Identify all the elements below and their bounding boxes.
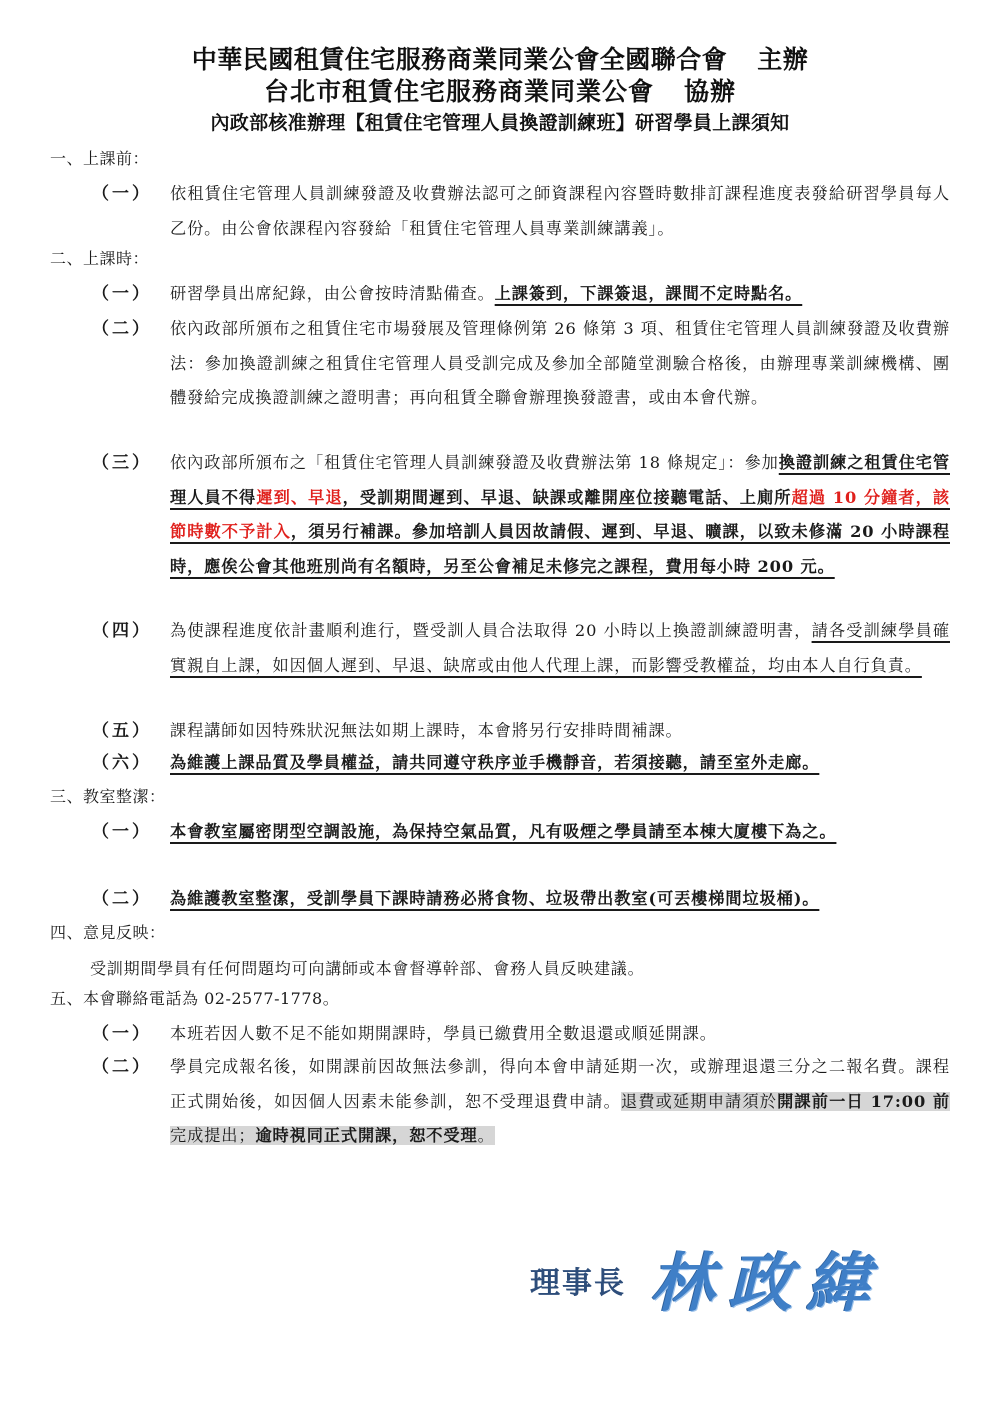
- signature-stamp: 林政緯: [650, 1232, 884, 1324]
- attendance-text: 研習學員出席紀錄，由公會按時清點備查。: [170, 284, 495, 303]
- item-text: 研習學員出席紀錄，由公會按時清點備查。上課簽到，下課簽退，課間不定時點名。: [170, 277, 950, 312]
- co-organizer-line: 台北市租賃住宅服務商業同業公會協辦: [0, 72, 1000, 108]
- item-number: （六）: [92, 746, 152, 780]
- item-text: 本班若因人數不足不能如期開課時，學員已繳費用全數退還或順延開課。: [170, 1017, 950, 1052]
- document-title: 內政部核准辦理【租賃住宅管理人員換證訓練班】研習學員上課須知: [0, 108, 1000, 135]
- co-organizer-role: 協辦: [684, 77, 736, 106]
- item-number: （四）: [92, 614, 152, 648]
- item-number: （三）: [92, 446, 152, 480]
- section-heading-feedback: 四、意見反映：: [50, 922, 166, 944]
- item-number: （二）: [92, 882, 152, 916]
- co-organizer-name: 台北市租賃住宅服務商業同業公會: [264, 77, 654, 106]
- item-text: 依內政部所頒布之租賃住宅市場發展及管理條例第 26 條第 3 項、租賃住宅管理人…: [170, 312, 950, 416]
- item-text: 為維護教室整潔，受訓學員下課時請務必將食物、垃圾帶出教室(可丟樓梯間垃圾桶)。: [170, 882, 950, 917]
- item-number: （二）: [92, 312, 152, 346]
- item-number: （二）: [92, 1050, 152, 1084]
- item-number: （一）: [92, 1017, 152, 1051]
- signature-title: 理事長: [530, 1258, 626, 1302]
- organizer-name: 中華民國租賃住宅服務商業同業公會全國聯合會: [192, 45, 728, 74]
- item-text: 學員完成報名後，如開課前因故無法參訓，得向本會申請延期一次，或辦理退還三分之二報…: [170, 1050, 950, 1154]
- rule-intro: 依內政部所頒布之「租賃住宅管理人員訓練發證及收費辦法第 18 條規定」：參加: [170, 453, 779, 472]
- deadline-part: 。: [478, 1126, 495, 1145]
- organizer-line: 中華民國租賃住宅服務商業同業公會全國聯合會主辦: [0, 40, 1000, 76]
- item-text: 為使課程進度依計畫順利進行，暨受訓人員合法取得 20 小時以上換證訓練證明書，請…: [170, 614, 950, 683]
- item-text: 為維護上課品質及學員權益，請共同遵守秩序並手機靜音，若須接聽，請至室外走廊。: [170, 746, 950, 781]
- section-heading-contact: 五、本會聯絡電話為 02-2577-1778。: [50, 988, 339, 1010]
- item-number: （一）: [92, 815, 152, 849]
- rule-intro: 為使課程進度依計畫順利進行，暨受訓人員合法取得 20 小時以上換證訓練證明書，: [170, 621, 812, 640]
- feedback-text: 受訓期間學員有任何問題均可向講師或本會督導幹部、會務人員反映建議。: [90, 956, 644, 979]
- sign-in-rule: 上課簽到，下課簽退，課間不定時點名。: [495, 284, 803, 303]
- item-number: （五）: [92, 714, 152, 748]
- signature-block: 理事長 林政緯: [530, 1228, 920, 1328]
- deadline-time: 開課前一日 17:00 前: [777, 1092, 950, 1111]
- deadline-part: 完成提出；: [170, 1126, 255, 1145]
- late-early-warning: 遲到、早退: [256, 488, 342, 507]
- organizer-role: 主辦: [757, 45, 808, 74]
- item-number: （一）: [92, 277, 152, 311]
- deadline-part: 退費或延期申請須於: [621, 1092, 777, 1111]
- late-not-accepted: 逾時視同正式開課，恕不受理: [255, 1126, 477, 1145]
- item-number: （一）: [92, 177, 152, 211]
- item-text: 依內政部所頒布之「租賃住宅管理人員訓練發證及收費辦法第 18 條規定」：參加換證…: [170, 446, 950, 584]
- item-text: 課程講師如因特殊狀況無法如期上課時，本會將另行安排時間補課。: [170, 714, 950, 749]
- section-heading-during-class: 二、上課時：: [50, 248, 149, 270]
- item-text: 依租賃住宅管理人員訓練發證及收費辦法認可之師資課程內容暨時數排訂課程進度表發給研…: [170, 177, 950, 246]
- section-heading-before-class: 一、上課前：: [50, 148, 149, 170]
- rule-part: ，受訓期間遲到、早退、缺課或離開座位接聽電話、上廁所: [343, 488, 792, 507]
- section-heading-classroom: 三、教室整潔：: [50, 786, 166, 808]
- item-text: 本會教室屬密閉型空調設施，為保持空氣品質，凡有吸煙之學員請至本棟大廈樓下為之。: [170, 815, 910, 850]
